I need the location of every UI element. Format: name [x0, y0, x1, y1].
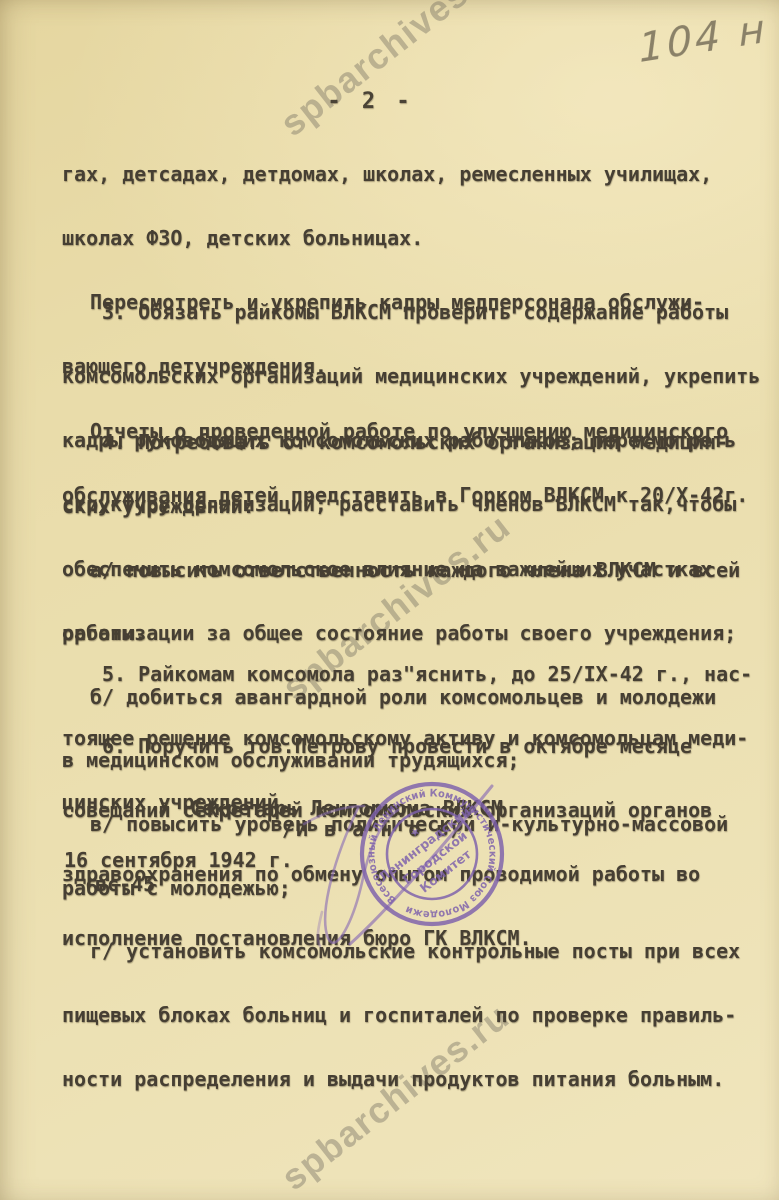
- text-line: 3. Обязать райкомы ВЛКСМ проверить содер…: [62, 302, 776, 323]
- text-line: гах, детсадах, детдомах, школах, ремесле…: [62, 164, 776, 185]
- stamp: Всесоюзный Ленинский Коммунистический Со…: [346, 768, 518, 940]
- page-number: - 2 -: [0, 89, 760, 114]
- text-line: школах ФЗО, детских больницах.: [62, 228, 776, 249]
- ref-code: вс-45: [95, 872, 155, 896]
- text-line: ности распределения и выдачи продуктов п…: [62, 1069, 776, 1090]
- text-line: пищевых блоках больниц и госпиталей по п…: [62, 1005, 776, 1026]
- text-line: 4. Потребовать от комсомольских организа…: [62, 432, 776, 453]
- date-line: 16 сентября 1942 г.: [64, 848, 293, 872]
- text-line: 6. Поручить тов.Петрову провести в октяб…: [62, 736, 776, 757]
- text-line: комсомольских организаций медицинских уч…: [62, 366, 776, 387]
- handwritten-archive-number: 104 н: [638, 6, 769, 73]
- text-line: 5. Райкомам комсомола раз"яснить, до 25/…: [62, 664, 776, 685]
- text-line: а/ повысить ответственность каждого член…: [62, 560, 776, 581]
- archive-document-page: spbarchives.ru spbarchives.ru spbarchive…: [0, 0, 779, 1200]
- text-line: ских учреждений:: [62, 496, 776, 517]
